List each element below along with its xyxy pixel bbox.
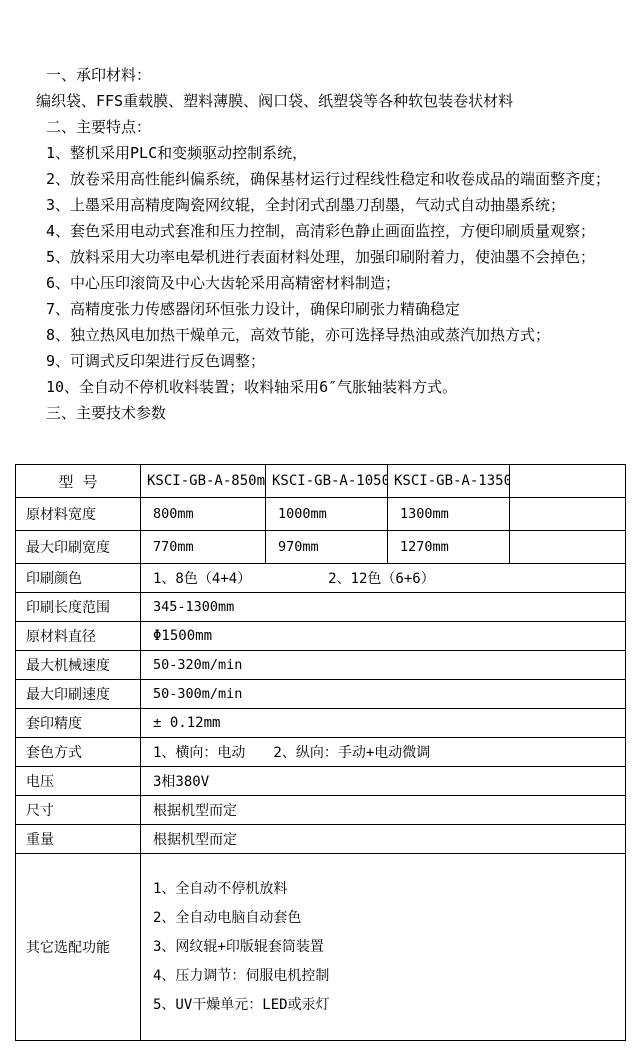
value-cell: 50-300m/min [141, 680, 626, 709]
row-label: 原材料直径 [16, 622, 141, 651]
table-row-optional-functions: 其它选配功能 1、全自动不停机放料 2、全自动电脑自动套色 3、网纹辊+印版辊套… [16, 854, 626, 1041]
row-label: 套色方式 [16, 738, 141, 767]
value-cell: 1、全自动不停机放料 2、全自动电脑自动套色 3、网纹辊+印版辊套筒装置 4、压… [141, 854, 626, 1041]
feature-item-8: 8、独立热风电加热干燥单元，高效节能，亦可选择导热油或蒸汽加热方式； [0, 322, 640, 348]
row-label: 印刷颜色 [16, 564, 141, 593]
table-row-dimensions: 尺寸 根据机型而定 [16, 796, 626, 825]
feature-item-5: 5、放料采用大功率电晕机进行表面材料处理，加强印刷附着力，使油墨不会掉色； [0, 244, 640, 270]
value-cell: Φ1500mm [141, 622, 626, 651]
value-cell: 800mm [141, 498, 266, 531]
table-row-max-print-speed: 最大印刷速度 50-300m/min [16, 680, 626, 709]
value-cell: ± 0.12mm [141, 709, 626, 738]
options-item-5: 5、UV干燥单元：LED或汞灯 [153, 991, 625, 1020]
value-cell: 970mm [266, 531, 388, 564]
value-cell: 根据机型而定 [141, 825, 626, 854]
table-row-print-length-range: 印刷长度范围 345-1300mm [16, 593, 626, 622]
value-cell: 345-1300mm [141, 593, 626, 622]
options-item-3: 3、网纹辊+印版辊套筒装置 [153, 933, 625, 962]
value-cell: 1、横向：电动 2、纵向：手动+电动微调 [141, 738, 626, 767]
options-item-1: 1、全自动不停机放料 [153, 875, 625, 904]
row-label: 印刷长度范围 [16, 593, 141, 622]
row-label: 最大印刷速度 [16, 680, 141, 709]
table-row-model-header: 型 号 KSCI-GB-A-850mm KSCI-GB-A-1050mm KSC… [16, 465, 626, 498]
row-label: 电压 [16, 767, 141, 796]
section-heading-materials: 一、承印材料： [0, 62, 640, 88]
table-row-weight: 重量 根据机型而定 [16, 825, 626, 854]
table-row-print-colors: 印刷颜色 1、8色（4+4） 2、12色（6+6） [16, 564, 626, 593]
options-item-4: 4、压力调节：伺服电机控制 [153, 962, 625, 991]
table-row-voltage: 电压 3相380V [16, 767, 626, 796]
intro-section: 一、承印材料： 编织袋、FFS重载膜、塑料薄膜、阀口袋、纸塑袋等各种软包装卷状材… [0, 0, 640, 426]
row-label: 最大印刷宽度 [16, 531, 141, 564]
feature-item-7: 7、高精度张力传感器闭环恒张力设计，确保印刷张力精确稳定 [0, 296, 640, 322]
row-label: 最大机械速度 [16, 651, 141, 680]
row-label: 重量 [16, 825, 141, 854]
value-cell: 1、8色（4+4） 2、12色（6+6） [141, 564, 626, 593]
options-list: 1、全自动不停机放料 2、全自动电脑自动套色 3、网纹辊+印版辊套筒装置 4、压… [153, 875, 625, 1020]
feature-item-6: 6、中心压印滚筒及中心大齿轮采用高精密材料制造； [0, 270, 640, 296]
value-cell: 3相380V [141, 767, 626, 796]
table-row-material-diameter: 原材料直径 Φ1500mm [16, 622, 626, 651]
table-row-register-mode: 套色方式 1、横向：电动 2、纵向：手动+电动微调 [16, 738, 626, 767]
empty-cell [510, 531, 626, 564]
page: { "page": { "background": "#ffffff", "te… [0, 0, 640, 1062]
table-row-material-width: 原材料宽度 800mm 1000mm 1300mm [16, 498, 626, 531]
section-heading-parameters: 三、主要技术参数 [0, 400, 640, 426]
model-name-cell: KSCI-GB-A-1350mm [388, 465, 510, 498]
feature-item-10: 10、全自动不停机收料装置；收料轴采用6″气胀轴装料方式。 [0, 374, 640, 400]
feature-item-4: 4、套色采用电动式套准和压力控制，高清彩色静止画面监控，方便印刷质量观察； [0, 218, 640, 244]
specs-table: 型 号 KSCI-GB-A-850mm KSCI-GB-A-1050mm KSC… [15, 464, 626, 1041]
table-row-max-print-width: 最大印刷宽度 770mm 970mm 1270mm [16, 531, 626, 564]
value-cell: 770mm [141, 531, 266, 564]
value-cell: 50-320m/min [141, 651, 626, 680]
feature-item-2: 2、放卷采用高性能纠偏系统，确保基材运行过程线性稳定和收卷成品的端面整齐度； [0, 166, 640, 192]
model-header-label: 型 号 [16, 465, 141, 498]
feature-item-9: 9、可调式反印架进行反色调整； [0, 348, 640, 374]
feature-item-3: 3、上墨采用高精度陶瓷网纹辊，全封闭式刮墨刀刮墨，气动式自动抽墨系统； [0, 192, 640, 218]
value-cell: 1300mm [388, 498, 510, 531]
empty-cell [510, 465, 626, 498]
materials-list-line: 编织袋、FFS重载膜、塑料薄膜、阀口袋、纸塑袋等各种软包装卷状材料 [0, 88, 640, 114]
row-label: 原材料宽度 [16, 498, 141, 531]
value-cell: 1000mm [266, 498, 388, 531]
table-row-max-mechanical-speed: 最大机械速度 50-320m/min [16, 651, 626, 680]
feature-item-1: 1、整机采用PLC和变频驱动控制系统， [0, 140, 640, 166]
empty-cell [510, 498, 626, 531]
value-cell: 根据机型而定 [141, 796, 626, 825]
model-name-cell: KSCI-GB-A-1050mm [266, 465, 388, 498]
options-item-2: 2、全自动电脑自动套色 [153, 904, 625, 933]
section-heading-features: 二、主要特点： [0, 114, 640, 140]
model-name-cell: KSCI-GB-A-850mm [141, 465, 266, 498]
row-label: 其它选配功能 [16, 854, 141, 1041]
row-label: 尺寸 [16, 796, 141, 825]
row-label: 套印精度 [16, 709, 141, 738]
table-row-register-accuracy: 套印精度 ± 0.12mm [16, 709, 626, 738]
value-cell: 1270mm [388, 531, 510, 564]
